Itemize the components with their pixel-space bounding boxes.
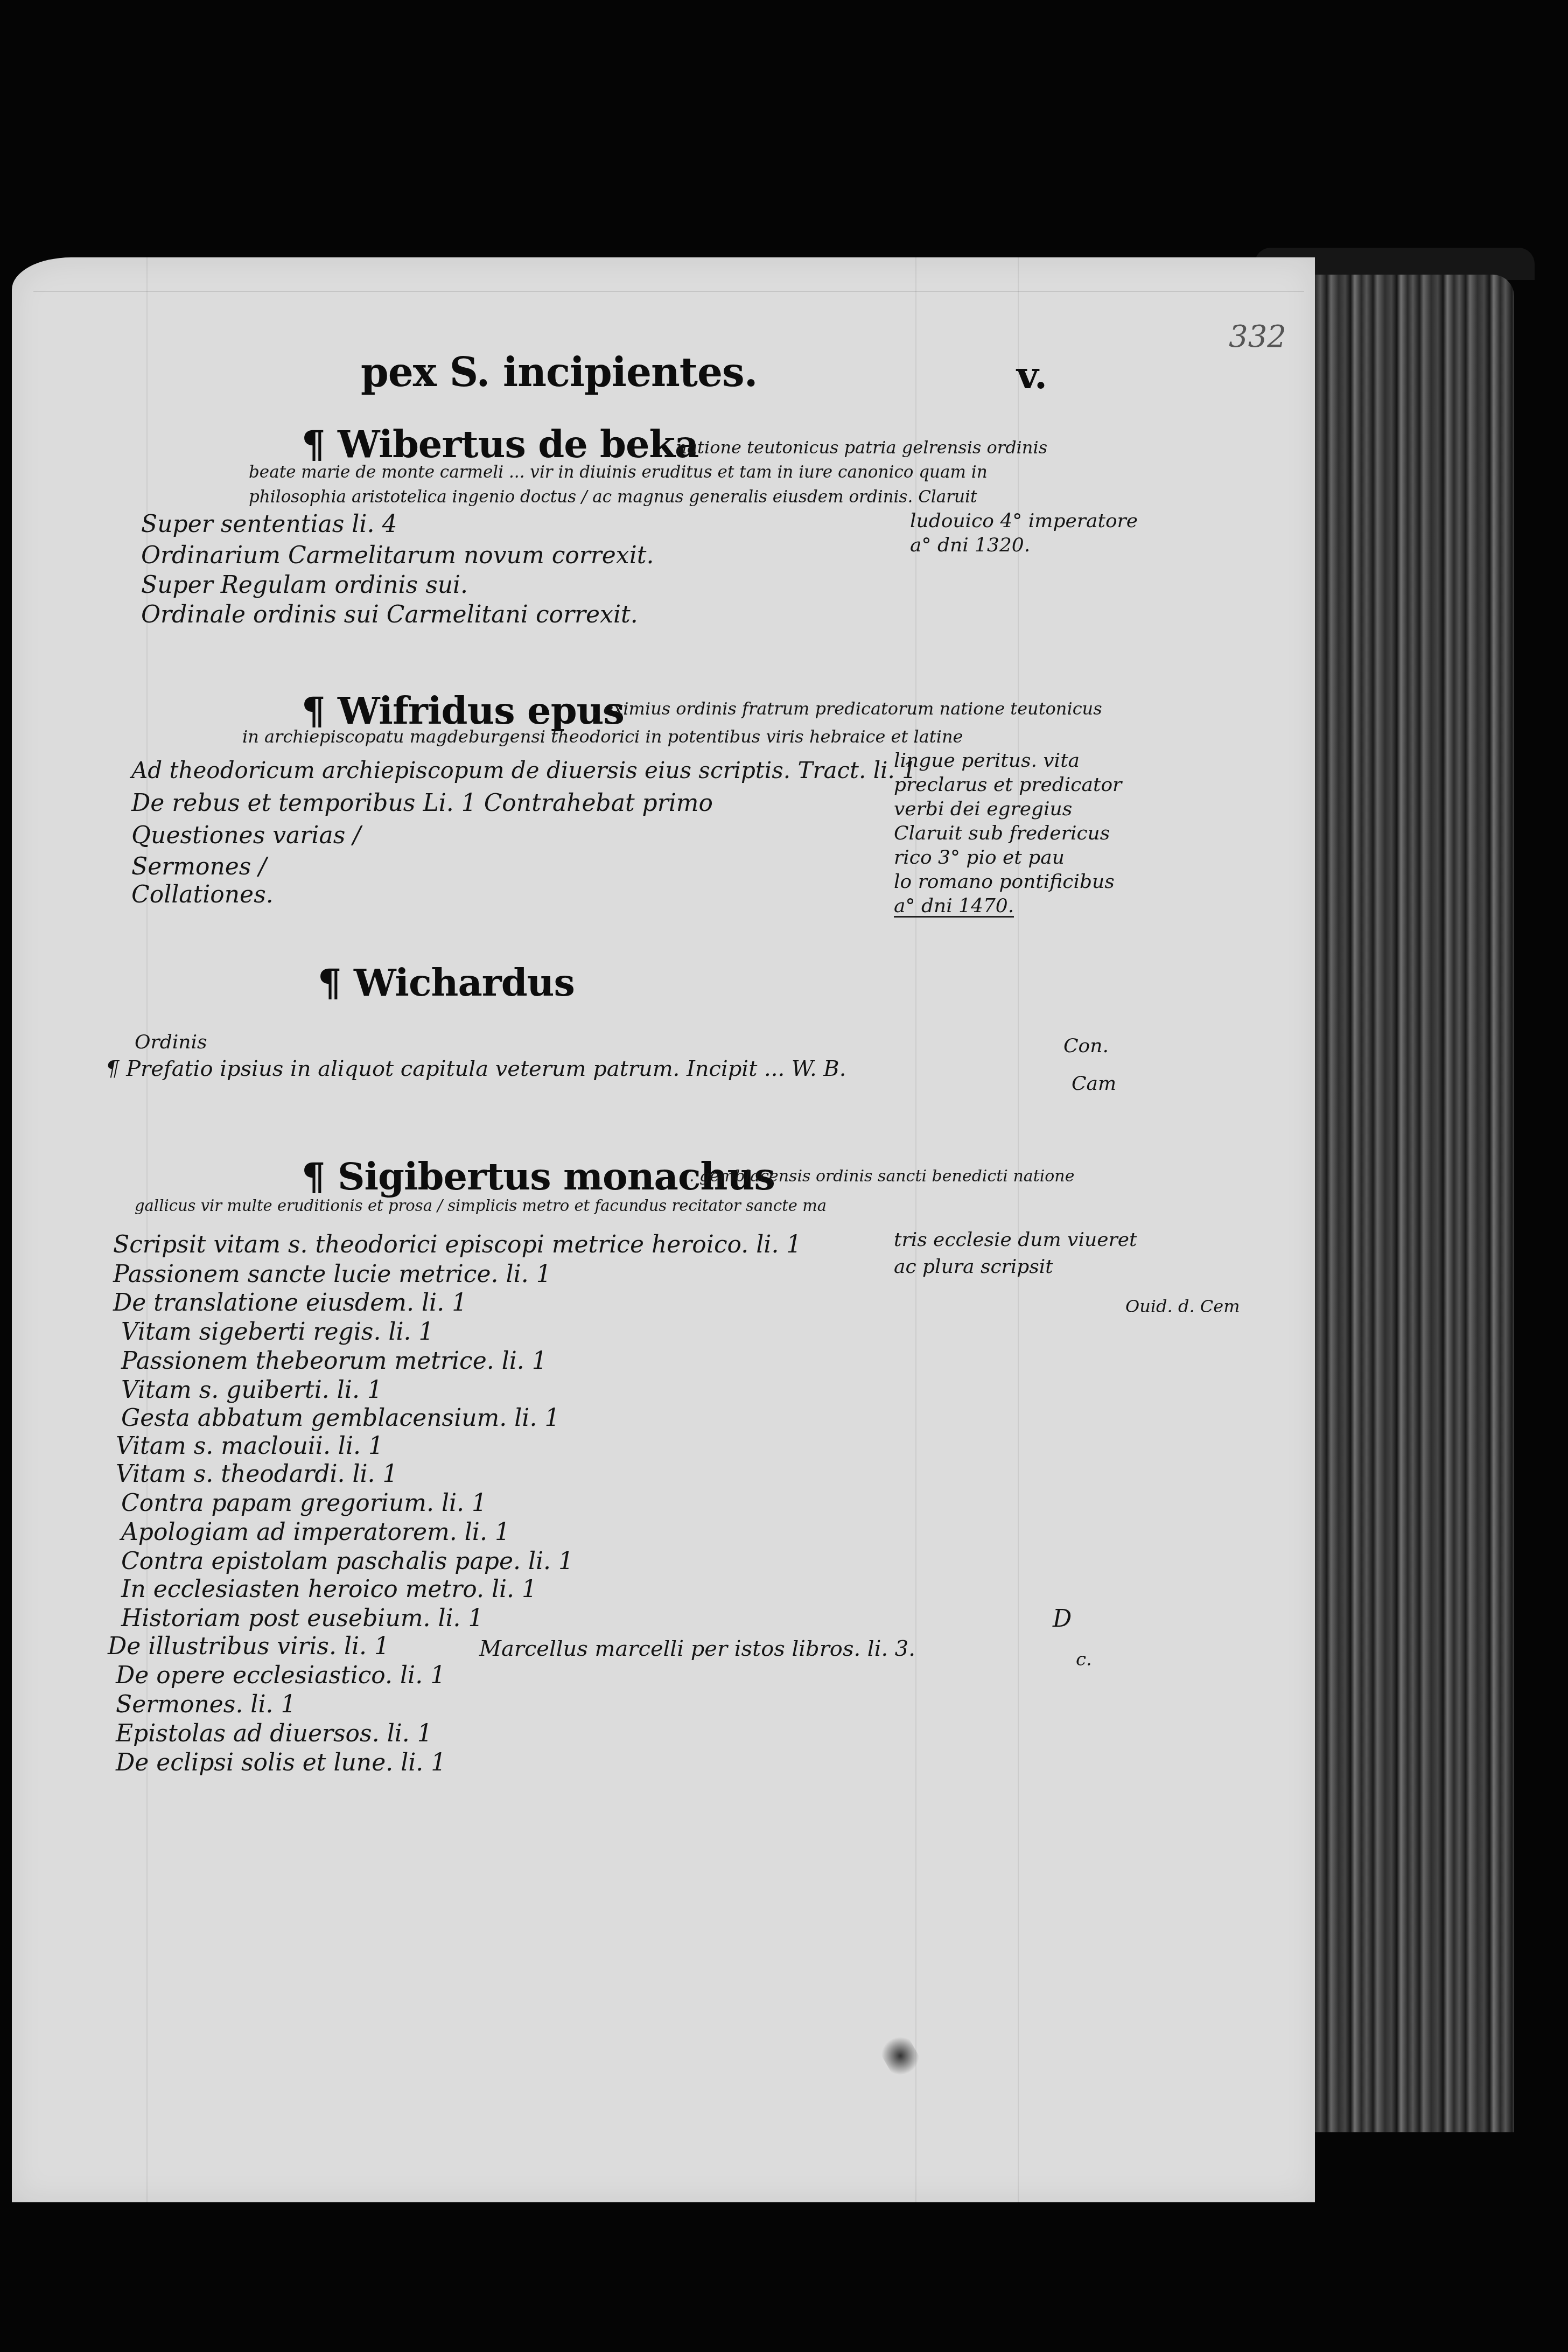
entry-description-line: . eximius ordinis fratrum predicatorum n… xyxy=(592,700,1102,717)
work-item: De opere ecclesiastico. li. 1 xyxy=(116,1664,445,1688)
ink-blot xyxy=(876,2029,925,2082)
margin-note: D xyxy=(1053,1607,1072,1631)
running-head-letter: v. xyxy=(1017,356,1047,394)
work-item: Vitam sigeberti regis. li. 1 xyxy=(121,1320,434,1344)
work-item: Questiones varias / xyxy=(131,824,361,848)
entry-description-line: beate marie de monte carmeli ... vir in … xyxy=(249,464,988,481)
work-item: Ordinale ordinis sui Carmelitani correxi… xyxy=(141,603,638,627)
side-note-line: lo romano pontificibus xyxy=(894,872,1115,892)
work-item: De eclipsi solis et lune. li. 1 xyxy=(116,1751,446,1775)
work-item: Vitam s. theodardi. li. 1 xyxy=(116,1462,398,1486)
work-item: De rebus et temporibus Li. 1 Contrahebat… xyxy=(131,792,713,815)
work-item: Contra papam gregorium. li. 1 xyxy=(121,1492,487,1515)
ruling-line-top xyxy=(33,291,1304,292)
side-note-line: a° dni 1320. xyxy=(910,536,1030,555)
entry-description-line: philosophia aristotelica ingenio doctus … xyxy=(249,489,977,506)
work-item: Apologiam ad imperatorem. li. 1 xyxy=(121,1521,510,1544)
side-note-line: rico 3° pio et pau xyxy=(894,848,1065,867)
side-note-line: a° dni 1470. xyxy=(894,897,1014,918)
work-item: Passionem sancte lucie metrice. li. 1 xyxy=(113,1263,551,1286)
running-head: pex S. incipientes. xyxy=(361,353,758,393)
work-item: De illustribus viris. li. 1 xyxy=(108,1635,389,1658)
work-item: Sermones / xyxy=(131,855,267,879)
work-item: Ad theodoricum archiepiscopum de diuersi… xyxy=(131,759,916,782)
book-fore-edge xyxy=(1315,275,1514,2132)
entry-description-line: . gemblacensis ordinis sancti benedicti … xyxy=(689,1168,1074,1185)
entry-description-line: in archiepiscopatu magdeburgensi theodor… xyxy=(242,728,963,745)
work-item: Collationes. xyxy=(131,883,274,907)
side-note-line: preclarus et predicator xyxy=(894,775,1122,795)
side-note-line: ludouico 4° imperatore xyxy=(910,512,1138,531)
pilcrow-icon: ¶ xyxy=(318,960,341,1005)
work-item: Historiam post eusebium. li. 1 xyxy=(121,1607,484,1630)
work-item: In ecclesiasten heroico metro. li. 1 xyxy=(121,1578,537,1601)
work-item: Gesta abbatum gemblacensium. li. 1 xyxy=(121,1406,559,1430)
entry-description-line: . natione teutonicus patria gelrensis or… xyxy=(665,439,1047,456)
folio-number: 332 xyxy=(1229,322,1286,352)
inline-note: Marcellus marcelli per istos libros. li.… xyxy=(479,1638,915,1660)
margin-note: c. xyxy=(1076,1650,1092,1669)
side-note-line: lingue peritus. vita xyxy=(894,751,1080,771)
side-note-line: tris ecclesie dum viueret xyxy=(894,1230,1137,1250)
works-label: Ordinis xyxy=(135,1033,207,1052)
margin-note: Ouid. d. Cem xyxy=(1125,1298,1240,1315)
work-item: Vitam s. guiberti. li. 1 xyxy=(121,1378,382,1402)
work-item: Epistolas ad diuersos. li. 1 xyxy=(116,1722,432,1746)
side-note-line: Claruit sub fredericus xyxy=(894,824,1110,843)
work-item: ¶ Prefatio ipsius in aliquot capitula ve… xyxy=(106,1058,846,1080)
entry-description-line: gallicus vir multe eruditionis et prosa … xyxy=(135,1198,827,1214)
pilcrow-icon: ¶ xyxy=(302,422,325,466)
entry-name: Wichardus xyxy=(354,960,575,1005)
side-note-line: verbi dei egregius xyxy=(894,800,1072,819)
pilcrow-icon: ¶ xyxy=(302,1154,325,1199)
work-item: Super sententias li. 4 xyxy=(141,513,397,536)
entry-name: Wibertus de beka xyxy=(338,422,699,466)
work-item: De translatione eiusdem. li. 1 xyxy=(113,1291,467,1315)
work-item: Passionem thebeorum metrice. li. 1 xyxy=(121,1349,547,1373)
work-item: Sermones. li. 1 xyxy=(116,1693,296,1717)
work-item: Ordinarium Carmelitarum novum correxit. xyxy=(141,544,654,568)
work-item: Vitam s. maclouii. li. 1 xyxy=(116,1434,383,1458)
work-item: Contra epistolam paschalis pape. li. 1 xyxy=(121,1550,573,1573)
side-note-line: ac plura scripsit xyxy=(894,1257,1053,1277)
work-item: Scripsit vitam s. theodorici episcopi me… xyxy=(113,1233,801,1257)
work-item: Super Regulam ordinis sui. xyxy=(141,573,468,597)
margin-note: Con. xyxy=(1063,1037,1109,1056)
margin-note: Cam xyxy=(1072,1074,1116,1094)
